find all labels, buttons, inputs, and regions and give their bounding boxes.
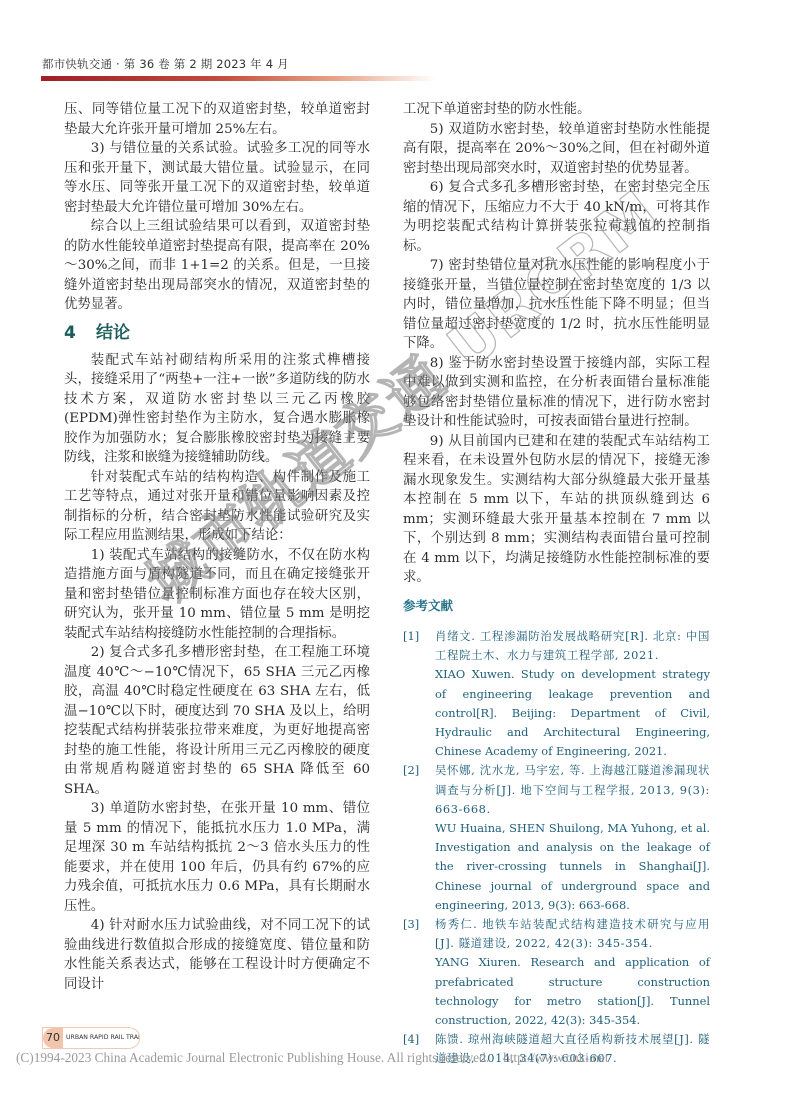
reference-index: [1]: [403, 627, 419, 646]
page-badge: 70 URBAN RAPID RAIL TRANSIT: [42, 1027, 140, 1049]
reference-index: [4]: [403, 1030, 419, 1049]
conclusion-item-6: 6) 复合式多孔多槽形密封垫，在密封垫完全压缩的情况下，压缩应力不大于 40 k…: [403, 178, 710, 256]
paragraph: 工况下单道密封垫的防水性能。: [403, 100, 710, 120]
conclusion-item-7: 7) 密封垫错位量对抗水压性能的影响程度小于接缝张开量，当错位量控制在密封垫宽度…: [403, 256, 710, 354]
references-heading: 参考文献: [403, 596, 710, 616]
reference-cn: 肖绪文. 工程渗漏防治发展战略研究[R]. 北京: 中国工程院土木、水力与建筑工…: [435, 627, 710, 665]
journal-name-en: URBAN RAPID RAIL TRANSIT: [66, 1028, 140, 1048]
running-header: 都市快轨交通 · 第 36 卷 第 2 期 2023 年 4 月: [42, 56, 442, 72]
copyright-text: (C)1994-2023 China Academic Journal Elec…: [16, 1050, 489, 1065]
conclusion-item-3: 3) 单道防水密封垫，在张开量 10 mm、错位量 5 mm 的情况下，能抵抗水…: [64, 799, 370, 916]
reference-cn: 杨秀仁. 地铁车站装配式结构建造技术研究与应用[J]. 隧道建设, 2022, …: [435, 915, 710, 953]
reference-en: WU Huaina, SHEN Shuilong, MA Yuhong, et …: [435, 819, 710, 915]
conclusion-item-5: 5) 双道防水密封垫，较单道密封垫防水性能提高有限，提高率在 20%～30%之间…: [403, 120, 710, 179]
reference-index: [2]: [403, 761, 419, 780]
header-rule: [41, 76, 436, 81]
paragraph: 针对装配式车站的结构构造、构件制作及施工工艺等特点，通过对张开量和错位量影响因素…: [64, 468, 370, 546]
conclusion-item-4: 4) 针对耐水压力试验曲线，对不同工况下的试验曲线进行数值拟合形成的接缝宽度、错…: [64, 916, 370, 994]
conclusion-item-1: 1) 装配式车站结构的接缝防水，不仅在防水构造措施方面与盾构隧道不同，而且在确定…: [64, 546, 370, 644]
cnki-link[interactable]: http://www.cnki.net: [503, 1050, 609, 1065]
right-column: 工况下单道密封垫的防水性能。 5) 双道防水密封垫，较单道密封垫防水性能提高有限…: [403, 100, 710, 1069]
paragraph: 3) 与错位量的关系试验。试验多工况的同等水压和张开量下，测试最大错位量。试验显…: [64, 139, 370, 217]
reference-item: [2] 吴怀娜, 沈水龙, 马宇宏, 等. 上海越江隧道渗漏现状调查与分析[J]…: [403, 761, 710, 915]
section-number: 4: [64, 321, 96, 345]
reference-en: XIAO Xuwen. Study on development strateg…: [435, 665, 710, 761]
conclusion-item-9: 9) 从目前国内已建和在建的装配式车站结构工程来看，在未设置外包防水层的情况下，…: [403, 432, 710, 588]
page-number: 70: [43, 1028, 63, 1048]
conclusion-item-2: 2) 复合式多孔多槽形密封垫，在工程施工环境温度 40℃～−10℃情况下，65 …: [64, 643, 370, 799]
reference-item: [3] 杨秀仁. 地铁车站装配式结构建造技术研究与应用[J]. 隧道建设, 20…: [403, 915, 710, 1030]
left-column: 压、同等错位量工况下的双道密封垫，较单道密封垫最大允许张开量可增加 25%左右。…: [64, 100, 370, 994]
reference-item: [1] 肖绪文. 工程渗漏防治发展战略研究[R]. 北京: 中国工程院土木、水力…: [403, 627, 710, 761]
copyright-line: (C)1994-2023 China Academic Journal Elec…: [16, 1050, 609, 1066]
paragraph: 装配式车站衬砌结构所采用的注浆式榫槽接头，接缝采用了“两垫+一注+一嵌”多道防线…: [64, 351, 370, 468]
reference-index: [3]: [403, 915, 419, 934]
paragraph: 压、同等错位量工况下的双道密封垫，较单道密封垫最大允许张开量可增加 25%左右。: [64, 100, 370, 139]
section-title: 结论: [96, 323, 130, 343]
conclusion-item-8: 8) 鉴于防水密封垫设置于接缝内部，实际工程中难以做到实测和监控，在分析表面错台…: [403, 354, 710, 432]
reference-cn: 吴怀娜, 沈水龙, 马宇宏, 等. 上海越江隧道渗漏现状调查与分析[J]. 地下…: [435, 761, 710, 819]
section-heading: 4结论: [64, 321, 370, 345]
reference-en: YANG Xiuren. Research and application of…: [435, 953, 710, 1030]
paragraph: 综合以上三组试验结果可以看到，双道密封垫的防水性能较单道密封垫提高有限，提高率在…: [64, 217, 370, 315]
